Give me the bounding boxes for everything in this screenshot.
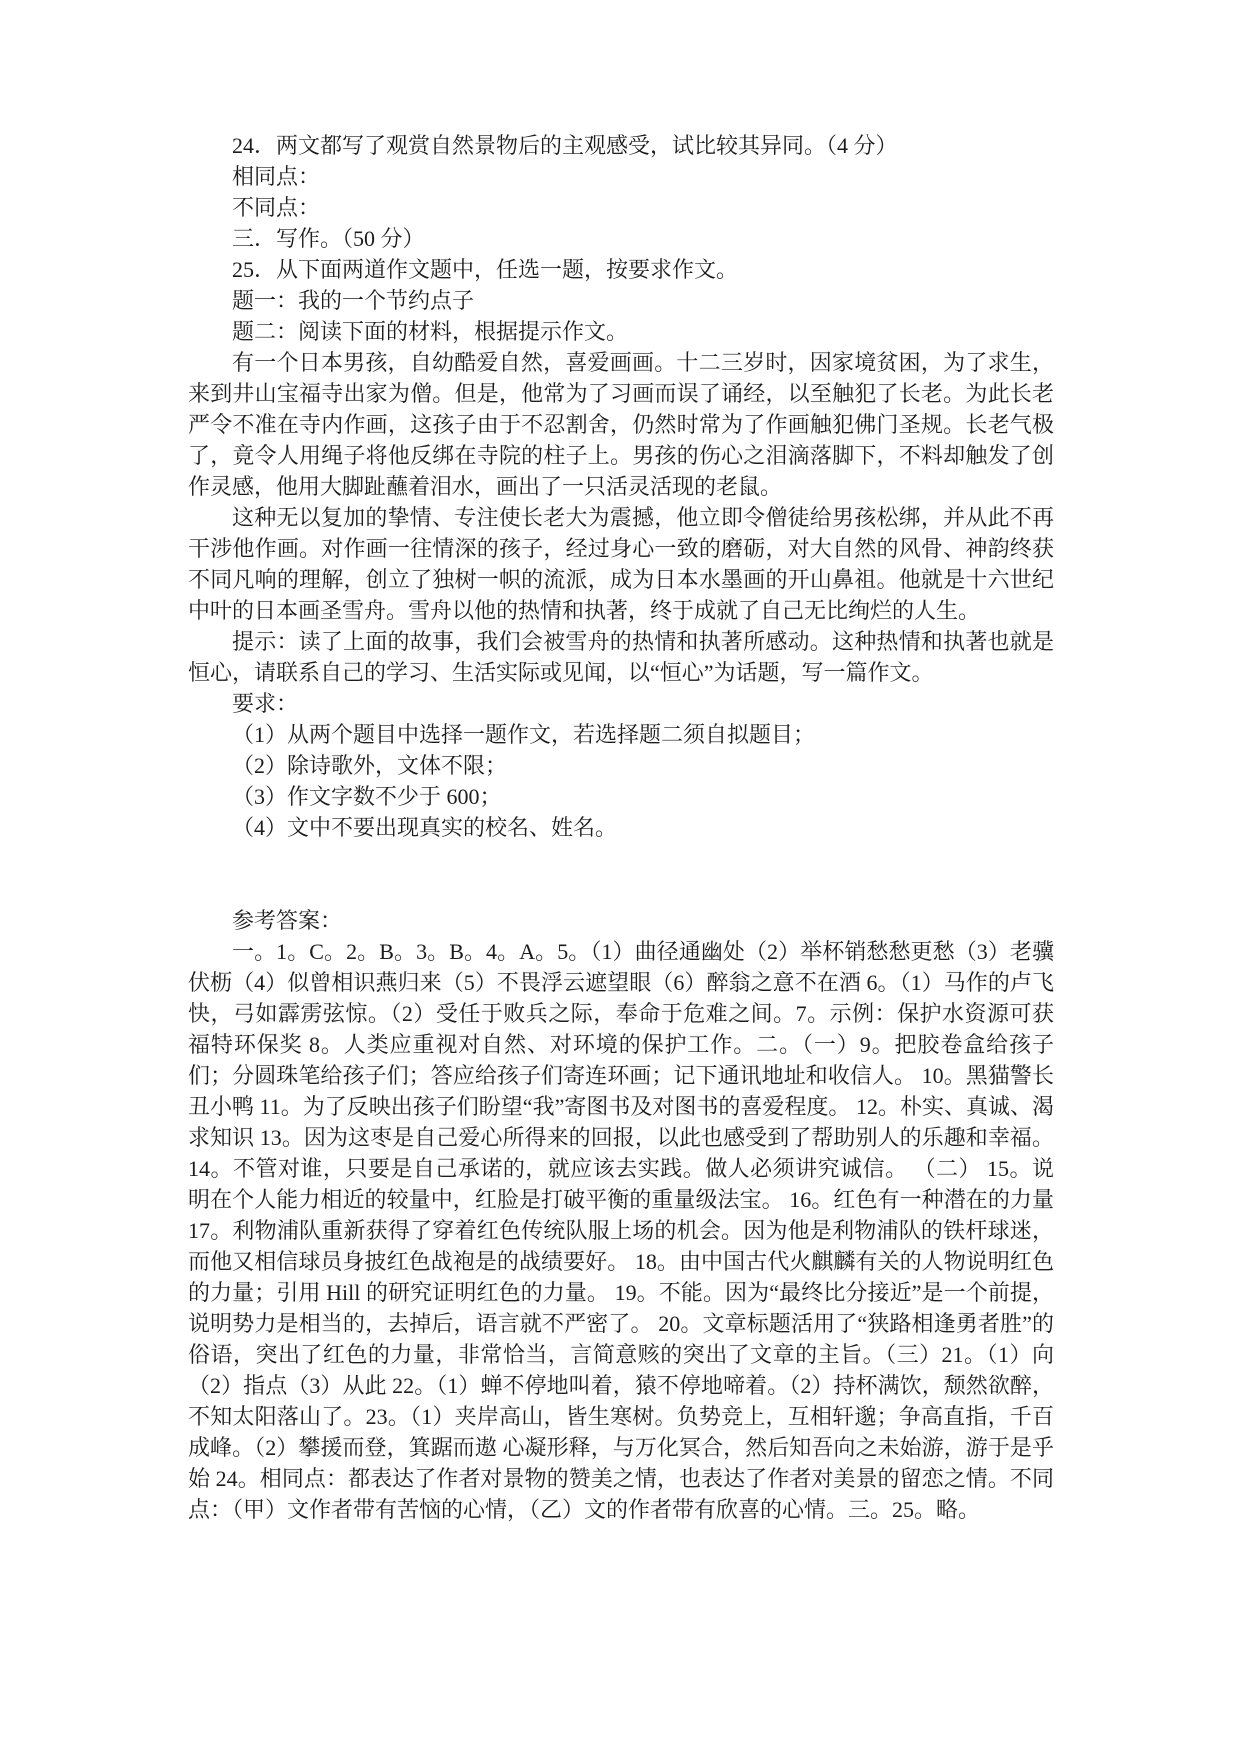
answer-body: 一。1。C。2。B。3。B。4。A。5。（1）曲径通幽处（2）举杯销愁愁更愁（3… — [188, 936, 1054, 1525]
requirement-item-3: （3）作文字数不少于 600； — [188, 781, 1054, 812]
material-paragraph-1: 有一个日本男孩，自幼酷爱自然，喜爱画画。十二三岁时，因家境贫困，为了求生，来到井… — [188, 347, 1054, 502]
same-point-label: 相同点： — [188, 161, 1054, 192]
question-25: 25．从下面两道作文题中，任选一题，按要求作文。 — [188, 254, 1054, 285]
question-section: 24．两文都写了观赏自然景物后的主观感受，试比较其异同。（4 分） 相同点： 不… — [188, 130, 1054, 843]
hint-paragraph: 提示：读了上面的故事，我们会被雪舟的热情和执著所感动。这种热情和执著也就是恒心，… — [188, 626, 1054, 688]
requirements-title: 要求： — [188, 688, 1054, 719]
section-spacer — [188, 843, 1054, 874]
question-24: 24．两文都写了观赏自然景物后的主观感受，试比较其异同。（4 分） — [188, 130, 1054, 161]
topic-two: 题二：阅读下面的材料，根据提示作文。 — [188, 316, 1054, 347]
requirement-item-4: （4）文中不要出现真实的校名、姓名。 — [188, 812, 1054, 843]
topic-one: 题一：我的一个节约点子 — [188, 285, 1054, 316]
answer-section: 参考答案： 一。1。C。2。B。3。B。4。A。5。（1）曲径通幽处（2）举杯销… — [188, 905, 1054, 1525]
material-paragraph-2: 这种无以复加的挚情、专注使长老大为震撼，他立即令僧徒给男孩松绑，并从此不再干涉他… — [188, 502, 1054, 626]
document-page: 24．两文都写了观赏自然景物后的主观感受，试比较其异同。（4 分） 相同点： 不… — [0, 0, 1241, 1754]
section-spacer — [188, 874, 1054, 905]
section-three-heading: 三．写作。（50 分） — [188, 223, 1054, 254]
diff-point-label: 不同点： — [188, 192, 1054, 223]
requirement-item-1: （1）从两个题目中选择一题作文，若选择题二须自拟题目； — [188, 719, 1054, 750]
answer-section-title: 参考答案： — [188, 905, 1054, 936]
requirement-item-2: （2）除诗歌外，文体不限； — [188, 750, 1054, 781]
